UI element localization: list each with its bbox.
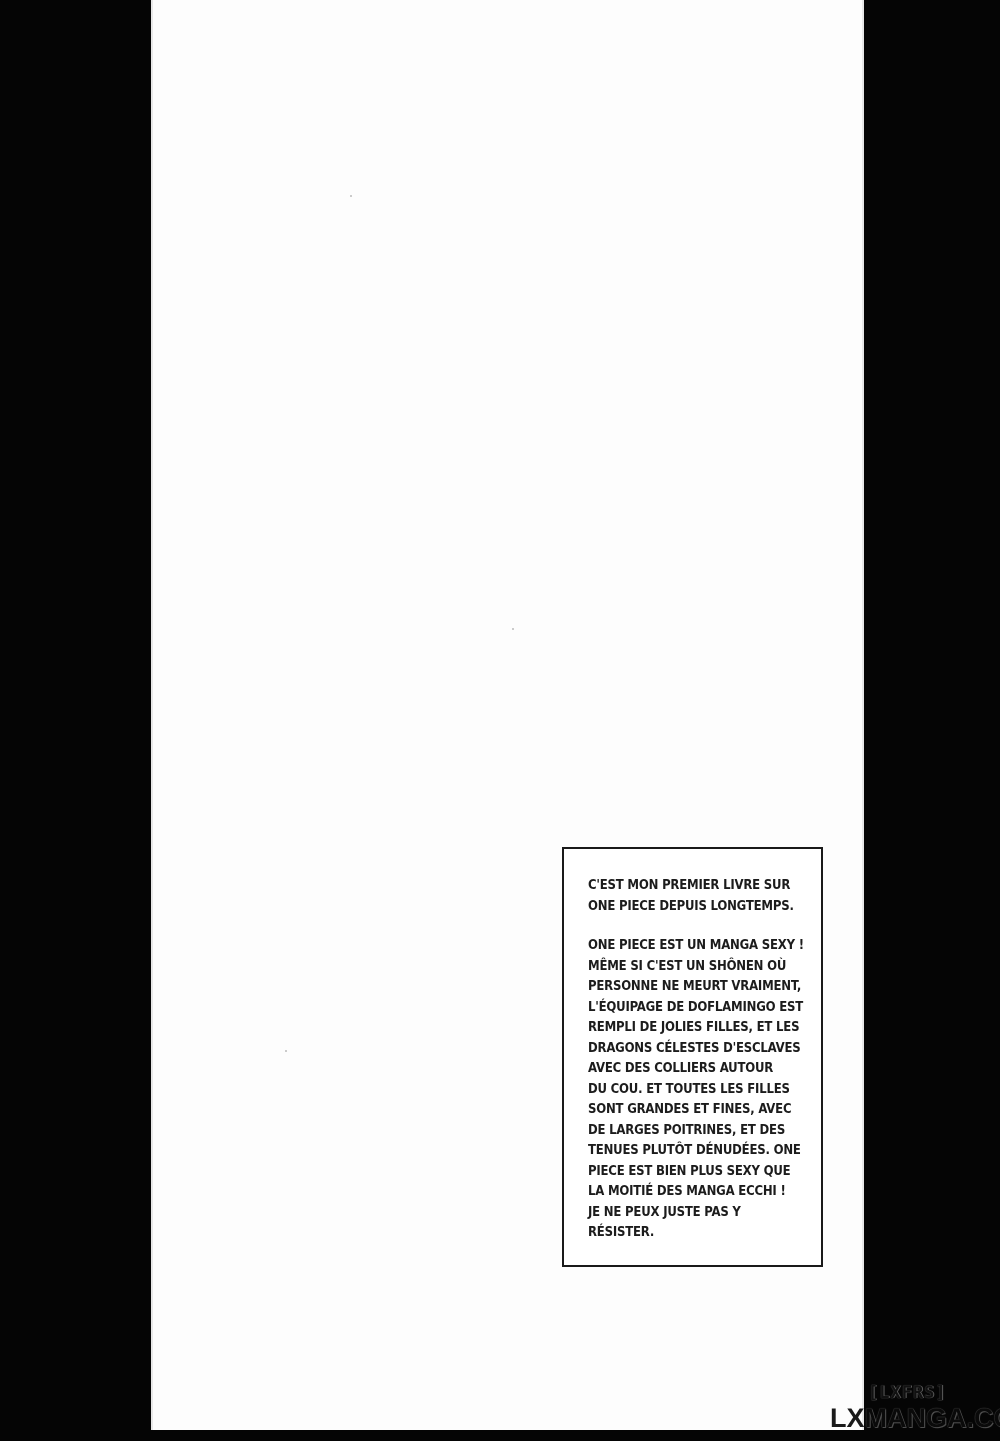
text-line: DRAGONS CÉLESTES D'ESCLAVES xyxy=(588,1039,811,1060)
text-line: AVEC DES COLLIERS AUTOUR xyxy=(588,1059,811,1080)
watermark-rest: MANGA.COM xyxy=(865,1403,1000,1433)
text-line: JE NE PEUX JUSTE PAS Y xyxy=(588,1203,811,1224)
text-line: ONE PIECE DEPUIS LONGTEMPS. xyxy=(588,897,811,918)
text-line: DE LARGES POITRINES, ET DES xyxy=(588,1121,811,1142)
narration-text: C'EST MON PREMIER LIVRE SUR ONE PIECE DE… xyxy=(588,876,811,1244)
text-line: L'ÉQUIPAGE DE DOFLAMINGO EST xyxy=(588,998,811,1019)
text-line: DU COU. ET TOUTES LES FILLES xyxy=(588,1080,811,1101)
text-line: ONE PIECE EST UN MANGA SEXY ! xyxy=(588,936,811,957)
text-line: PIECE EST BIEN PLUS SEXY QUE xyxy=(588,1162,811,1183)
paper-speck xyxy=(350,195,352,197)
text-line: C'EST MON PREMIER LIVRE SUR xyxy=(588,876,811,897)
watermark-prefix: LX xyxy=(830,1403,865,1433)
text-line: PERSONNE NE MEURT VRAIMENT, xyxy=(588,977,811,998)
text-line: RÉSISTER. xyxy=(588,1223,811,1244)
text-line: REMPLI DE JOLIES FILLES, ET LES xyxy=(588,1018,811,1039)
text-line: LA MOITIÉ DES MANGA ECCHI ! xyxy=(588,1182,811,1203)
text-line: SONT GRANDES ET FINES, AVEC xyxy=(588,1100,811,1121)
watermark-tag: [LXFRS] xyxy=(868,1383,947,1403)
paper-speck xyxy=(285,1050,287,1052)
paper-speck xyxy=(512,628,514,630)
text-line: MÊME SI C'EST UN SHÔNEN OÙ xyxy=(588,957,811,978)
watermark-site: LXMANGA.COM xyxy=(830,1403,1000,1433)
paragraph-gap xyxy=(588,917,811,936)
text-line: TENUES PLUTÔT DÉNUDÉES. ONE xyxy=(588,1141,811,1162)
narration-box: C'EST MON PREMIER LIVRE SUR ONE PIECE DE… xyxy=(562,847,823,1267)
